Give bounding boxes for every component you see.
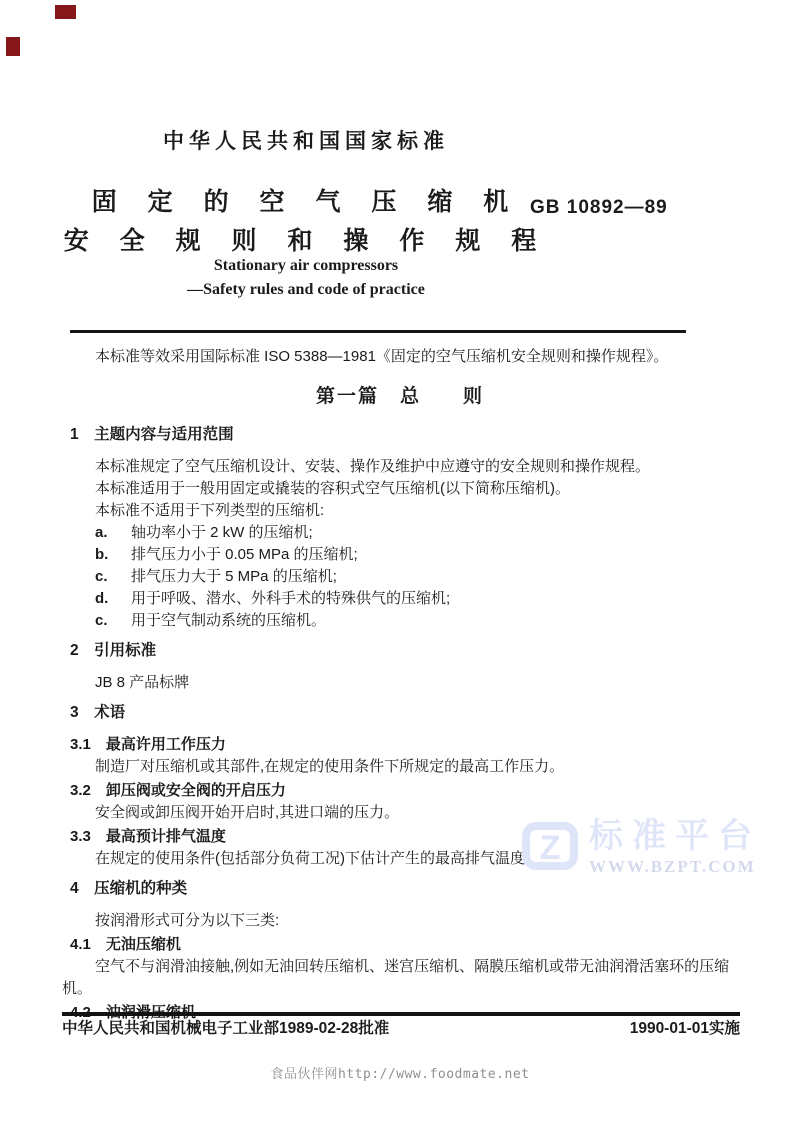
section-4-1-text: 空气不与润滑油接触,例如无油回转压缩机、迷宫压缩机、隔膜压缩机或带无油润滑活塞环…	[62, 956, 742, 1000]
list-item-text: 用于空气制动系统的压缩机。	[131, 610, 742, 632]
list-item-text: 排气压力大于 5 MPa 的压缩机;	[131, 566, 742, 588]
list-item-marker: d.	[95, 588, 131, 610]
watermark-texts: 标准平台 WWW.BZPT.COM	[589, 817, 761, 877]
source-site-note: 食品伙伴网http://www.foodmate.net	[0, 1063, 800, 1082]
implementation-date: 1990-01-01实施	[630, 1018, 740, 1040]
scanned-standard-page: { "doc": { "standard_label": "中华人民共和国国家标…	[0, 0, 800, 1130]
section-3-2-heading: 3.2 卸压阀或安全阀的开启压力	[62, 780, 742, 802]
section-3-1-heading: 3.1 最高许用工作压力	[62, 734, 742, 756]
section-3-1-text: 制造厂对压缩机或其部件,在规定的使用条件下所规定的最高工作压力。	[62, 756, 742, 778]
section-1-paragraph: 本标准适用于一般用固定或撬装的容积式空气压缩机(以下简称压缩机)。	[62, 478, 742, 500]
section-1-paragraph: 本标准规定了空气压缩机设计、安装、操作及维护中应遵守的安全规则和操作规程。	[62, 456, 742, 478]
list-item-text: 排气压力小于 0.05 MPa 的压缩机;	[131, 544, 742, 566]
document-title-line1: 固 定 的 空 气 压 缩 机	[0, 182, 612, 218]
footer-divider-rule	[62, 1012, 740, 1016]
list-item: b. 排气压力小于 0.05 MPa 的压缩机;	[62, 544, 742, 566]
section-1-paragraph: 本标准不适用于下列类型的压缩机:	[62, 500, 742, 522]
list-item-text: 用于呼吸、潜水、外科手术的特殊供气的压缩机;	[131, 588, 742, 610]
document-title-line2: 安 全 规 则 和 操 作 规 程	[0, 221, 612, 257]
approval-note: 中华人民共和国机械电子工业部1989-02-28批准	[62, 1018, 389, 1040]
document-body: 1 主题内容与适用范围 本标准规定了空气压缩机设计、安装、操作及维护中应遵守的安…	[62, 424, 742, 1024]
iso-adoption-note: 本标准等效采用国际标准 ISO 5388—1981《固定的空气压缩机安全规则和操…	[62, 346, 738, 368]
watermark: Z 标准平台 WWW.BZPT.COM	[521, 817, 761, 877]
watermark-name: 标准平台	[589, 817, 761, 855]
document-title-english-line2: —Safety rules and code of practice	[0, 281, 612, 299]
list-item-marker: b.	[95, 544, 131, 566]
part-one-heading: 第一篇 总 则	[62, 381, 738, 408]
watermark-url: WWW.BZPT.COM	[589, 857, 761, 877]
section-4-1-heading: 4.1 无油压缩机	[62, 934, 742, 956]
referenced-standard: JB 8 产品标牌	[62, 672, 742, 694]
list-item-marker: a.	[95, 522, 131, 544]
section-2-heading: 2 引用标准	[62, 640, 742, 662]
header-divider-rule	[70, 330, 686, 333]
section-4-intro: 按润滑形式可分为以下三类:	[62, 910, 742, 932]
list-item: a. 轴功率小于 2 kW 的压缩机;	[62, 522, 742, 544]
list-item: c. 用于空气制动系统的压缩机。	[62, 610, 742, 632]
title-block: 中华人民共和国国家标准 固 定 的 空 气 压 缩 机 安 全 规 则 和 操 …	[0, 0, 612, 310]
list-item-marker: c.	[95, 566, 131, 588]
section-3-heading: 3 术语	[62, 702, 742, 724]
section-1-heading: 1 主题内容与适用范围	[62, 424, 742, 446]
bzpt-logo-icon: Z	[521, 821, 583, 871]
list-item: c. 排气压力大于 5 MPa 的压缩机;	[62, 566, 742, 588]
national-standard-label: 中华人民共和国国家标准	[0, 125, 612, 155]
section-4-heading: 4 压缩机的种类	[62, 878, 742, 900]
document-title-english-line1: Stationary air compressors	[0, 257, 612, 275]
list-item: d. 用于呼吸、潜水、外科手术的特殊供气的压缩机;	[62, 588, 742, 610]
list-item-marker: c.	[95, 610, 131, 632]
list-item-text: 轴功率小于 2 kW 的压缩机;	[131, 522, 742, 544]
svg-text:Z: Z	[540, 829, 561, 867]
footer: 中华人民共和国机械电子工业部1989-02-28批准 1990-01-01实施	[62, 1018, 740, 1040]
standard-number: GB 10892—89	[530, 197, 668, 219]
